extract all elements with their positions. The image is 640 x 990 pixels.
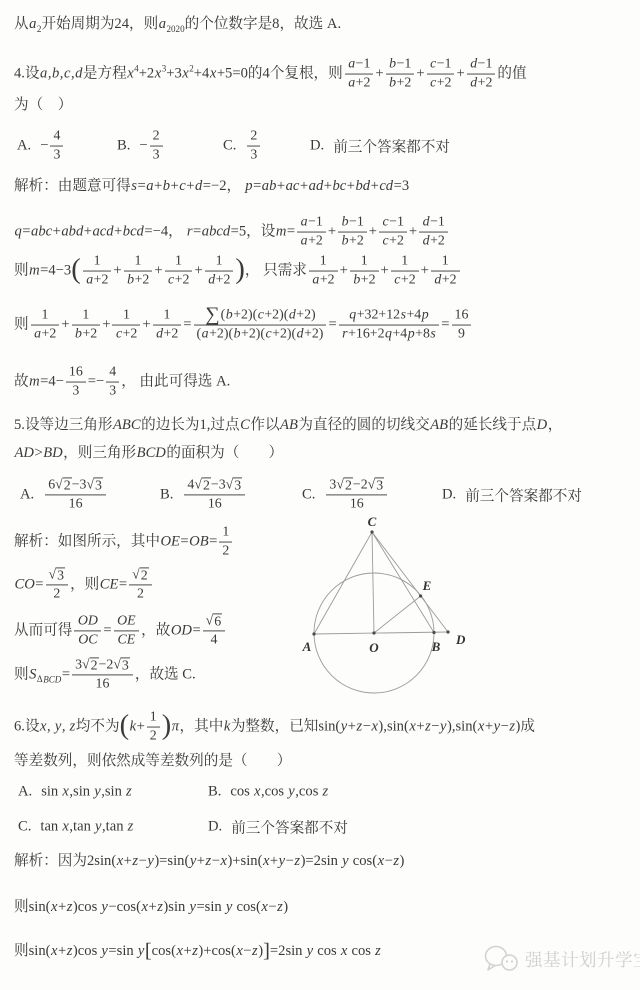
option-value: cos x,cos y,cos z (230, 784, 328, 801)
segment-AC (314, 532, 372, 634)
option-value: −23 (139, 129, 164, 164)
option-6b: B.cos x,cos y,cos z (208, 784, 329, 801)
option-6a: A.sin x,sin y,sin z (18, 784, 132, 801)
option-value: sin x,sin y,sin z (41, 784, 132, 801)
option-value: 6√2−3√316 (43, 477, 108, 512)
option-4c: C.23 (223, 129, 262, 164)
watermark-text: 强基计划升学宝 (525, 947, 640, 972)
point-D (446, 630, 449, 633)
option-label: D. (208, 819, 222, 836)
question-4-solution-1: 解析：由题意可得s=a+b+c+d=−2， p=ab+ac+ad+bc+bd+c… (14, 177, 409, 197)
question-4-stem-2: 为（ ） (14, 96, 72, 116)
question-4-stem: 4.设a,b,c,d是方程x4+2x3+3x2+4x+5=0的4个复根，则a−1… (14, 57, 527, 92)
option-value: 4√2−3√316 (182, 477, 247, 512)
question-6-solution-2: 则sin(x+z)cos y−cos(x+z)sin y=sin y cos(x… (14, 898, 288, 918)
option-value: −43 (40, 129, 65, 164)
point-E (419, 594, 422, 597)
question-5-solution-3: 从而可得ODOC=OECE，故OD=√64 (14, 613, 227, 648)
question-5-solution-4: 则SΔBCD=3√2−2√316，故选 C. (14, 657, 196, 692)
option-label: B. (160, 486, 173, 503)
option-label: C. (223, 138, 236, 155)
question-6-solution-3: 则sin(x+z)cos y=sin y[cos(x+z)+cos(x−z)]=… (14, 942, 381, 962)
option-4b: B.−23 (117, 129, 165, 164)
option-value: 3√2−2√316 (324, 477, 389, 512)
question-6-stem-2: 等差数列，则依然成等差数列的是（ ） (14, 752, 291, 772)
option-label: A. (17, 138, 31, 155)
option-value: 前三个答案都不对 (333, 136, 450, 157)
watermark: 强基计划升学宝 (484, 944, 640, 974)
question-4-solution-3: 则m=4−3(1a+2+1b+2+1c+2+1d+2)， 只需求1a+2+1b+… (14, 254, 462, 289)
point-O (372, 631, 375, 634)
answer-tail-q3: 从a2开始周期为24，则a2020的个位数字是8，故选 A. (14, 15, 341, 35)
option-value: 23 (245, 129, 262, 164)
label-A: A (302, 639, 312, 654)
segment-CD-tangent (372, 532, 448, 632)
option-5c: C.3√2−2√316 (302, 477, 389, 512)
point-A (312, 632, 315, 635)
option-5b: B.4√2−3√316 (160, 477, 247, 512)
document-page: 从a2开始周期为24，则a2020的个位数字是8，故选 A. 4.设a,b,c,… (0, 0, 640, 990)
option-label: C. (18, 819, 31, 836)
geometry-figure: C A O B D E (296, 514, 481, 710)
label-D: D (455, 632, 466, 647)
question-5-stem-1: 5.设等边三角形ABC的边长为1,过点C作以AB为直径的圆的切线交AB的延长线于… (14, 416, 562, 436)
option-label: B. (117, 138, 130, 155)
option-label: B. (208, 784, 221, 801)
question-6-solution-1: 解析：因为2sin(x+z−y)=sin(y+z−x)+sin(x+y−z)=2… (14, 852, 404, 872)
segment-CO (372, 532, 374, 633)
option-5a: A.6√2−3√316 (20, 477, 108, 512)
segment-AD (314, 632, 448, 634)
question-4-solution-2: q=abc+abd+acd+bcd=−4， r=abcd=5，设m=a−1a+2… (14, 215, 450, 250)
label-B: B (431, 639, 441, 654)
speech-bubbles-icon (484, 944, 520, 974)
label-O: O (369, 640, 379, 655)
point-B (432, 631, 435, 634)
question-5-stem-2: AD>BD，则三角形BCD的面积为（ ） (14, 444, 283, 464)
segment-OE (374, 596, 421, 633)
point-C (370, 530, 373, 533)
option-6d: D.前三个答案都不对 (208, 817, 348, 838)
question-5-solution-2: CO=√32，则CE=√22 (14, 567, 154, 602)
option-value: 前三个答案都不对 (465, 485, 582, 506)
option-4a: A.−43 (17, 129, 65, 164)
option-4d: D.前三个答案都不对 (310, 136, 450, 157)
option-label: D. (442, 487, 456, 504)
question-4-solution-5: 故m=4−163=−43， 由此可得选 A. (14, 365, 230, 400)
option-label: D. (310, 138, 324, 155)
question-6-stem-1: 6.设x, y, z均不为(k+12)π，其中k为整数，已知sin(y+z−x)… (14, 710, 535, 745)
label-E: E (422, 578, 432, 593)
option-value: 前三个答案都不对 (231, 817, 348, 838)
option-5d: D.前三个答案都不对 (442, 485, 582, 506)
question-5-solution-1: 解析：如图所示，其中OE=OB=12 (14, 525, 234, 560)
option-label: A. (20, 486, 34, 503)
option-6c: C.tan x,tan y,tan z (18, 819, 134, 836)
option-value: tan x,tan y,tan z (40, 819, 133, 836)
label-C: C (368, 514, 377, 529)
option-label: A. (18, 784, 32, 801)
question-4-solution-4: 则1a+2+1b+2+1c+2+1d+2=∑(b+2)(c+2)(d+2)(a+… (14, 308, 473, 343)
option-label: C. (302, 486, 315, 503)
